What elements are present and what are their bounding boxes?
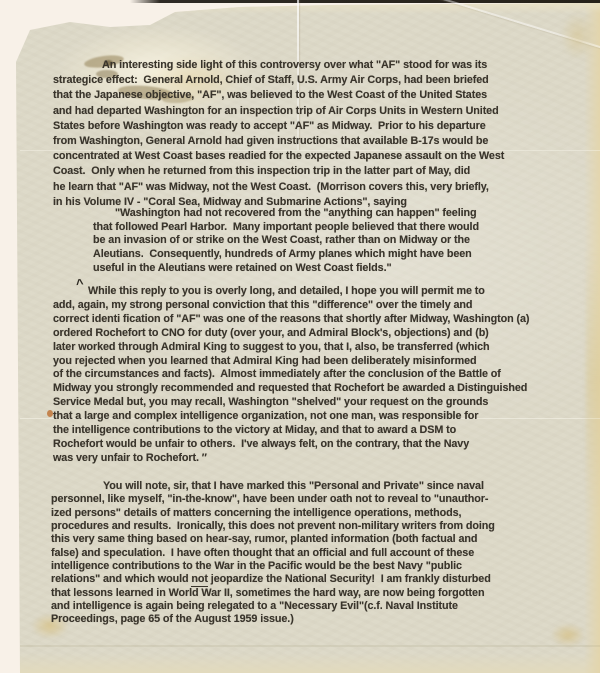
- block-quote-paragraph: "Washington had not recovered from the "…: [93, 207, 479, 276]
- text-line: While this reply to you is overly long, …: [53, 285, 529, 299]
- text-line: correct identi fication of "AF" was one …: [53, 313, 529, 327]
- text-line: you rejected when you learned that Admir…: [53, 355, 529, 369]
- text-line: of the circumstances and facts). Almost …: [53, 368, 529, 382]
- text-line: Rochefort would be unfair to others. I'v…: [53, 438, 529, 452]
- text-line: You will note, sir, that I have marked t…: [51, 480, 495, 493]
- text-line: add, again, my strong personal convictio…: [53, 299, 529, 313]
- text-line: from Washington, General Arnold had give…: [53, 134, 504, 149]
- text-line: ordered Rochefort to CNO for duty (over …: [53, 327, 529, 341]
- opening-paragraph: An interesting side light of this contro…: [53, 58, 504, 210]
- text-line: ized persons" details of matters concern…: [51, 507, 495, 520]
- text-line: that lessons learned in World War II, so…: [51, 587, 495, 600]
- text-line: An interesting side light of this contro…: [53, 58, 504, 73]
- text-line: useful in the Aleutians were retained on…: [93, 262, 479, 276]
- text-line: strategice effect: General Arnold, Chief…: [53, 73, 504, 88]
- handwritten-caret-mark: ^: [75, 276, 84, 292]
- text-line: that a large and complex intelligence or…: [53, 410, 529, 424]
- text-line: he learn that "AF" was Midway, not the W…: [53, 180, 504, 195]
- text-line: concentrated at West Coast bases readied…: [53, 149, 504, 164]
- text-line: later worked through Admiral King to sug…: [53, 341, 529, 355]
- text-line: procedures and results. Ironically, this…: [51, 520, 495, 533]
- text-line: Midway you strongly recommended and requ…: [53, 382, 529, 396]
- text-line: Aleutians. Consequently, hundreds of Arm…: [93, 248, 479, 262]
- text-line: Coast. Only when he returned from this i…: [53, 164, 504, 179]
- letter-body: An interesting side light of this contro…: [0, 0, 600, 673]
- underlined-word: not: [191, 573, 208, 587]
- text-line: relations" and which would not jeopardiz…: [51, 573, 495, 586]
- text-line: States before Washington was ready to ac…: [53, 119, 504, 134]
- text-line: that followed Pearl Harbor. Many importa…: [93, 221, 479, 235]
- main-paragraph: While this reply to you is overly long, …: [53, 285, 529, 466]
- text-line: be an invasion of or strike on the West …: [93, 234, 479, 248]
- text-line: false) and speculation. I have often tho…: [51, 547, 495, 560]
- text-line: intelligence contributions to the War in…: [51, 560, 495, 573]
- text-line: this very same thing based on hear-say, …: [51, 533, 495, 546]
- text-line: and intelligence is again being relegate…: [51, 600, 495, 613]
- text-line: was very unfair to Rochefort. ″: [53, 452, 529, 466]
- text-line: personnel, like myself, "in-the-know", h…: [51, 493, 495, 506]
- text-line: "Washington had not recovered from the "…: [93, 207, 479, 221]
- closing-paragraph: You will note, sir, that I have marked t…: [51, 480, 495, 627]
- text-line: that the Japanese objective, "AF", was b…: [53, 88, 504, 103]
- text-line: Proceedings, page 65 of the August 1959 …: [51, 613, 495, 626]
- text-line: Service Medal but, you may recall, Washi…: [53, 396, 529, 410]
- text-line: and had departed Washington for an inspe…: [53, 104, 504, 119]
- text-line: the intelligence contributions to the vi…: [53, 424, 529, 438]
